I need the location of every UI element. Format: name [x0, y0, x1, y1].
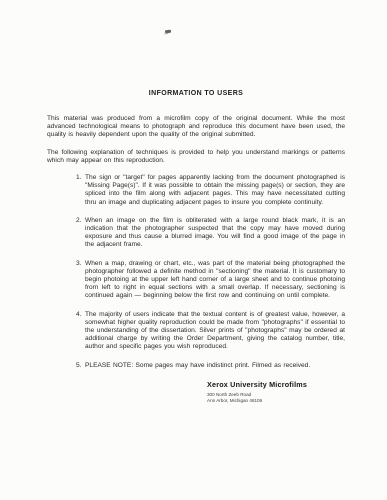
list-item: 5. PLEASE NOTE: Some pages may have indi… — [76, 362, 345, 370]
document-content: INFORMATION TO USERS This material was p… — [47, 90, 345, 405]
publisher-address-line-2: Ann Arbor, Michigan 48106 — [207, 398, 345, 405]
list-item-text: PLEASE NOTE: Some pages may have indisti… — [85, 362, 345, 370]
list-item-number: 4. — [76, 311, 85, 352]
list-item: 4. The majority of users indicate that t… — [76, 311, 345, 352]
list-item: 3. When a map, drawing or chart, etc., w… — [76, 260, 345, 301]
list-item-text: When an image on the film is obliterated… — [85, 217, 345, 250]
scanned-document-page: INFORMATION TO USERS This material was p… — [0, 0, 387, 500]
list-item-text: When a map, drawing or chart, etc., was … — [85, 260, 345, 301]
list-item-number: 2. — [76, 217, 85, 250]
intro-paragraph-1: This material was produced from a microf… — [47, 115, 345, 140]
numbered-list: 1. The sign or "target" for pages appare… — [47, 174, 345, 370]
intro-paragraph-2: The following explanation of techniques … — [47, 149, 345, 165]
page-title: INFORMATION TO USERS — [47, 90, 345, 97]
list-item-number: 5. — [76, 362, 85, 370]
publisher-name: Xerox University Microfilms — [207, 380, 345, 389]
list-item-text: The sign or "target" for pages apparentl… — [85, 174, 345, 207]
list-item: 2. When an image on the film is oblitera… — [76, 217, 345, 250]
list-item-number: 3. — [76, 260, 85, 301]
ink-smudge-mark — [165, 30, 171, 34]
list-item-number: 1. — [76, 174, 85, 207]
list-item-text: The majority of users indicate that the … — [85, 311, 345, 352]
publisher-block: Xerox University Microfilms 300 North Ze… — [207, 380, 345, 405]
list-item: 1. The sign or "target" for pages appare… — [76, 174, 345, 207]
